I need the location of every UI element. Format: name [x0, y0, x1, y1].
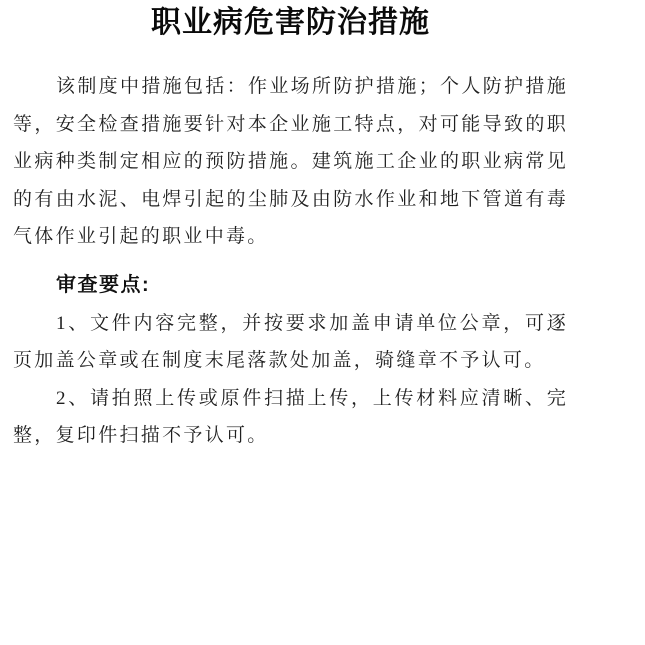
- page-title: 职业病危害防治措施: [13, 2, 568, 44]
- intro-paragraph: 该制度中措施包括：作业场所防护措施；个人防护措施等，安全检查措施要针对本企业施工…: [13, 68, 568, 256]
- review-points-heading: 审查要点:: [13, 267, 568, 305]
- review-point-2: 2、请拍照上传或原件扫描上传，上传材料应清晰、完整，复印件扫描不予认可。: [13, 380, 568, 455]
- review-point-1: 1、文件内容完整，并按要求加盖申请单位公章，可逐页加盖公章或在制度末尾落款处加盖…: [13, 305, 568, 380]
- document-page: 职业病危害防治措施 该制度中措施包括：作业场所防护措施；个人防护措施等，安全检查…: [0, 0, 645, 645]
